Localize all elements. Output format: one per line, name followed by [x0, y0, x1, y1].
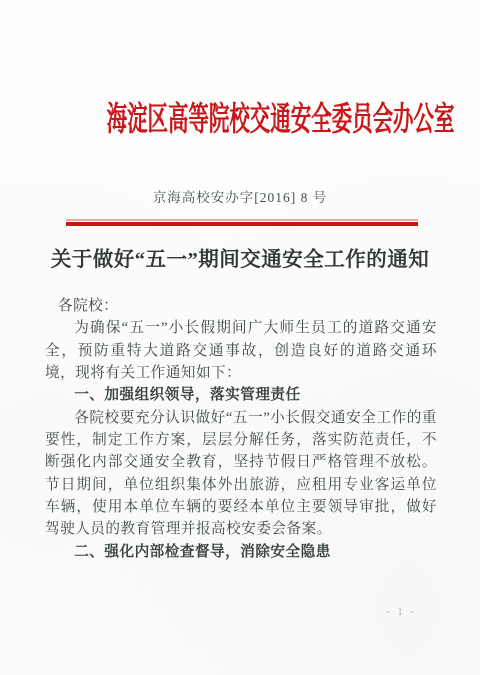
divider-thick-line	[66, 222, 418, 226]
notice-title: 关于做好“五一”期间交通安全工作的通知	[0, 246, 480, 274]
section-heading-2: 二、强化内部检查督导，消除安全隐患	[45, 541, 437, 563]
scanned-notice-page: 海淀区高等院校交通安全委员会办公室 京海高校安办字[2016] 8 号 关于做好…	[0, 0, 480, 675]
paragraph-section-1: 各院校要充分认识做好“五一”小长假交通安全工作的重要性，制定工作方案，层层分解任…	[45, 407, 437, 541]
salutation: 各院校：	[45, 295, 437, 317]
document-reference-number: 京海高校安办字[2016] 8 号	[0, 189, 480, 206]
paragraph-intro: 为确保“五一”小长假期间广大师生员工的道路交通安全，预防重特大道路交通事故，创造…	[45, 317, 437, 384]
section-heading-1: 一、加强组织领导，落实管理责任	[45, 384, 437, 406]
red-divider-line	[66, 219, 418, 226]
notice-body: 各院校： 为确保“五一”小长假期间广大师生员工的道路交通安全，预防重特大道路交通…	[45, 295, 437, 563]
masthead: 海淀区高等院校交通安全委员会办公室	[0, 100, 480, 140]
page-number: - 1 -	[378, 603, 424, 619]
issuing-office-title: 海淀区高等院校交通安全委员会办公室	[107, 100, 455, 140]
